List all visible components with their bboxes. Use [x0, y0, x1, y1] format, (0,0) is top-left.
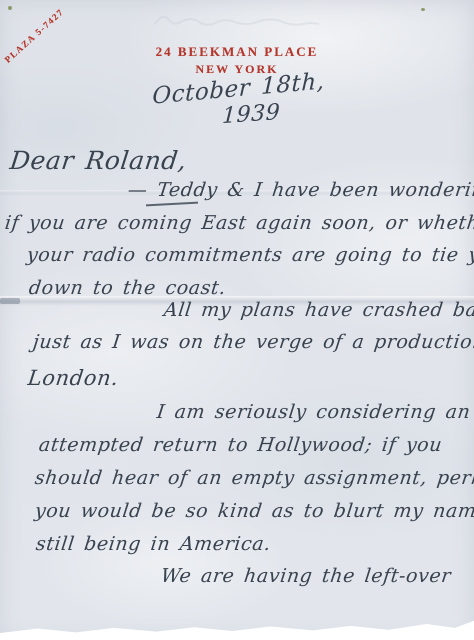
handwritten-line: just as I was on the verge of a producti… — [33, 331, 474, 353]
underline-stroke — [146, 202, 198, 207]
handwritten-line: you would be so kind as to blurt my name… — [35, 500, 474, 522]
paper-speck — [8, 6, 12, 10]
handwritten-line: down to the coast. — [29, 277, 226, 299]
faint-ghost-writing — [150, 6, 350, 36]
handwritten-line: I am seriously considering an — [157, 401, 470, 423]
handwritten-line: should hear of an empty assignment, perh… — [35, 467, 474, 489]
letter-scan: { "letterhead": { "phone": "PLAZA 5-7427… — [0, 0, 474, 640]
letterhead: 24 BEEKMAN PLACE NEW YORK — [0, 44, 474, 77]
handwritten-line: London. — [28, 366, 119, 390]
salutation: Dear Roland, — [10, 146, 187, 175]
handwritten-date-year: 1939 — [221, 100, 281, 129]
handwritten-line: still being in America. — [36, 533, 271, 555]
letterhead-address-line2: NEW YORK — [0, 62, 474, 77]
handwritten-line: attempted return to Hollywood; if you — [39, 434, 442, 456]
letterhead-address-line1: 24 BEEKMAN PLACE — [0, 44, 474, 60]
handwritten-line: All my plans have crashed badly, — [164, 299, 474, 321]
handwritten-line: We are having the left-over — [161, 565, 451, 587]
handwritten-line: if you are coming East again soon, or wh… — [5, 212, 474, 234]
handwritten-line: your radio commitments are going to tie … — [27, 244, 474, 266]
handwritten-line: — Teddy & I have been wondering — [128, 179, 474, 201]
fold-crease-shadow — [0, 298, 20, 304]
paper-speck — [421, 8, 425, 11]
letter-paper: PLAZA 5-7427 24 BEEKMAN PLACE NEW YORK O… — [0, 0, 474, 640]
